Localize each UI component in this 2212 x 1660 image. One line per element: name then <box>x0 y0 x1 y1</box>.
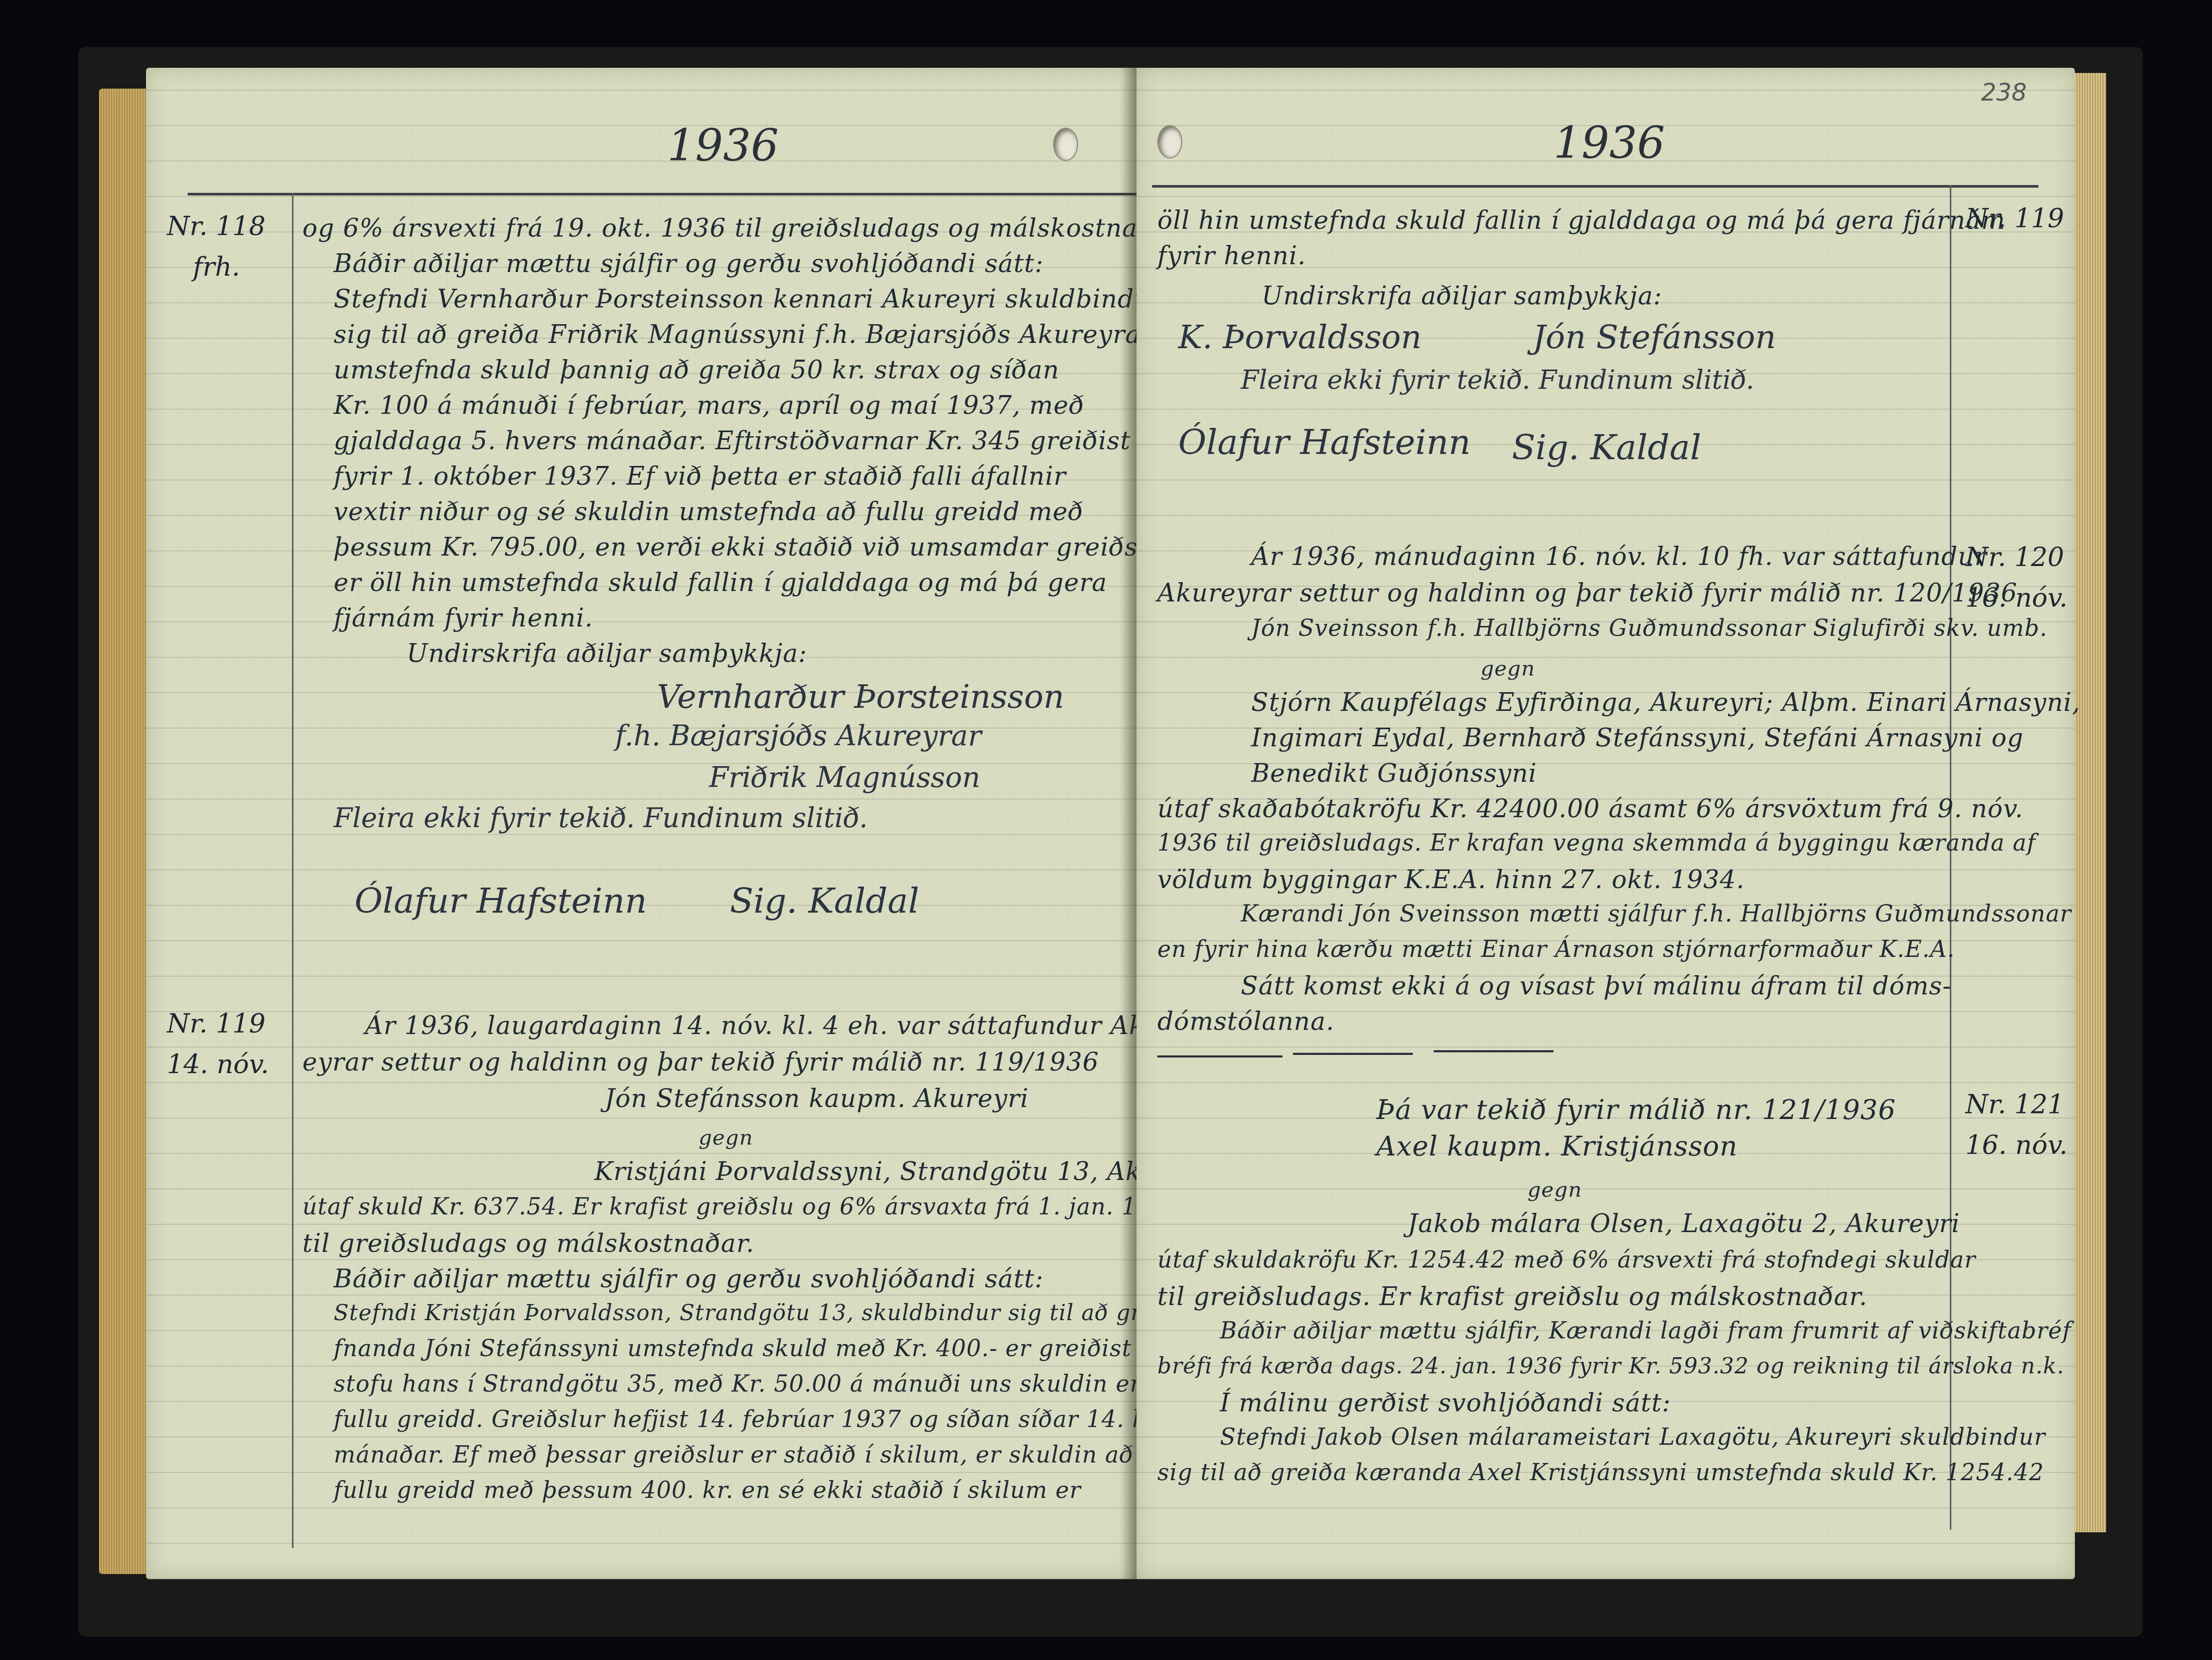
divider-line <box>1157 1055 1282 1058</box>
text-line: stofu hans í Strandgötu 35, með Kr. 50.0… <box>334 1371 1178 1397</box>
text-line: vextir niður og sé skuldin umstefnda að … <box>334 497 1083 526</box>
text-line: umstefnda skuld þannig að greiða 50 kr. … <box>334 355 1059 385</box>
text-line: fyrir 1. október 1937. Ef við þetta er s… <box>334 462 1066 491</box>
text-line: bréfi frá kærða dags. 24. jan. 1936 fyri… <box>1157 1353 2064 1379</box>
entry-number-118: Nr. 118 frh. <box>167 206 265 287</box>
text-line: útaf skaðabótakröfu Kr. 42400.00 ásamt 6… <box>1157 794 2023 823</box>
gegn-label: gegn <box>699 1126 753 1150</box>
text-line: Stefndi Vernharður Þorsteinsson kennari … <box>334 285 1163 314</box>
binder-hole <box>1157 125 1182 158</box>
entry-number: Nr. 119 <box>167 1003 269 1044</box>
plaintiff: Jón Sveinsson f.h. Hallbjörns Guðmundsso… <box>1251 615 2047 642</box>
gegn-label: gegn <box>1481 657 1535 681</box>
text-line: Báðir aðiljar mættu sjálfir og gerðu svo… <box>334 249 1044 278</box>
entry-date: 14. nóv. <box>167 1044 269 1085</box>
text-line: gjalddaga 5. hvers mánaðar. Eftirstöðvar… <box>334 426 1131 456</box>
text-line: Kærandi Jón Sveinsson mætti sjálfur f.h.… <box>1241 901 2071 927</box>
signature: Sig. Kaldal <box>730 881 919 921</box>
text-line: Ár 1936, mánudaginn 16. nóv. kl. 10 fh. … <box>1251 542 1987 571</box>
margin-rule <box>292 193 294 1548</box>
entry-number-121: Nr. 121 16. nóv. <box>1965 1084 2068 1165</box>
text-line: Í málinu gerðist svohljóðandi sátt: <box>1220 1388 1671 1418</box>
entry-number-119: Nr. 119 14. nóv. <box>167 1003 269 1085</box>
binder-hole <box>1053 128 1078 161</box>
text-line: útaf skuldakröfu Kr. 1254.42 með 6% ársv… <box>1157 1247 1976 1273</box>
defendant: Stjórn Kaupfélags Eyfirðinga, Akureyri; … <box>1251 688 2081 717</box>
signature: Vernharður Þorsteinsson <box>657 678 1064 716</box>
right-page-year: 1936 <box>1554 117 1665 168</box>
plaintiff: Axel kaupm. Kristjánsson <box>1376 1131 1738 1162</box>
text-line: dómstólanna. <box>1157 1007 1335 1036</box>
text-line: fullu greidd með þessum 400. kr. en sé e… <box>334 1477 1081 1504</box>
plaintiff: Jón Stefánsson kaupm. Akureyri <box>605 1084 1029 1113</box>
entry-date: 16. nóv. <box>1965 1125 2068 1165</box>
left-page-edges <box>99 89 146 1574</box>
text-line: er öll hin umstefnda skuld fallin í gjal… <box>334 568 1107 597</box>
header-rule <box>1152 185 2038 188</box>
entry-number: Nr. 121 <box>1965 1084 2068 1125</box>
text-line: Undirskrifa aðiljar samþykkja: <box>1262 281 1662 311</box>
text-line: til greiðsludags. Er krafist greiðslu og… <box>1157 1282 1867 1311</box>
text-line: mánaðar. Ef með þessar greiðslur er stað… <box>334 1442 1134 1468</box>
text-line: Stefndi Kristján Þorvaldsson, Strandgötu… <box>334 1300 1240 1325</box>
entry-note: frh. <box>167 247 265 287</box>
right-page: 1936 238 Nr. 119 öll hin umstefnda skuld… <box>1136 68 2075 1579</box>
text-line: Þá var tekið fyrir málið nr. 121/1936 <box>1376 1095 1896 1126</box>
defendant: Benedikt Guðjónssyni <box>1251 759 1537 788</box>
gegn-label: gegn <box>1527 1178 1582 1202</box>
text-line: Báðir aðiljar mættu sjálfir og gerðu svo… <box>334 1264 1044 1294</box>
text-line: Akureyrar settur og haldinn og þar tekið… <box>1157 579 2018 608</box>
text-line: 1936 til greiðsludags. Er krafan vegna s… <box>1157 830 2036 856</box>
signature: Ólafur Hafsteinn <box>355 881 647 921</box>
closing-text: Fleira ekki fyrir tekið. Fundinum slitið… <box>334 803 867 834</box>
entry-number: Nr. 118 <box>167 206 265 247</box>
left-page-year: 1936 <box>667 120 779 171</box>
signature: Jón Stefánsson <box>1533 318 1776 356</box>
text-line: Stefndi Jakob Olsen málarameistari Laxag… <box>1220 1424 2046 1450</box>
defendant: Jakob málara Olsen, Laxagötu 2, Akureyri <box>1408 1209 1960 1238</box>
left-page: 1936 Nr. 118 frh. og 6% ársvexti frá 19.… <box>146 68 1136 1579</box>
text-line: útaf skuld Kr. 637.54. Er krafist greiðs… <box>302 1194 1182 1220</box>
text-line: fjárnám fyrir henni. <box>334 604 593 633</box>
text-line: fnanda Jóni Stefánssyni umstefnda skuld … <box>334 1335 1218 1362</box>
text-line: völdum byggingar K.E.A. hinn 27. okt. 19… <box>1157 865 1745 894</box>
text-line: fyrir henni. <box>1157 241 1306 270</box>
text-line: eyrar settur og haldinn og þar tekið fyr… <box>302 1048 1099 1077</box>
right-page-edges <box>2075 73 2106 1532</box>
divider-line <box>1293 1053 1413 1055</box>
text-line: Ár 1936, laugardaginn 14. nóv. kl. 4 eh.… <box>365 1011 1183 1040</box>
defendant: Ingimari Eydal, Bernharð Stefánssyni, St… <box>1251 723 2024 753</box>
text-line: til greiðsludags og málskostnaðar. <box>302 1229 754 1258</box>
signature: K. Þorvaldsson <box>1178 318 1422 356</box>
text-line: fullu greidd. Greiðslur hefjist 14. febr… <box>334 1406 1199 1433</box>
signature: Friðrik Magnússon <box>709 761 980 794</box>
text-line: sig til að greiða Friðrik Magnússyni f.h… <box>334 320 1153 349</box>
text-line: Báðir aðiljar mættu sjálfir, Kærandi lag… <box>1220 1318 2071 1344</box>
text-line: þessum Kr. 795.00, en verði ekki staðið … <box>334 533 1176 562</box>
header-rule <box>188 193 1136 195</box>
page-number: 238 <box>1981 78 2027 106</box>
text-line: öll hin umstefnda skuld fallin í gjaldda… <box>1157 206 2006 235</box>
text-line: og 6% ársvexti frá 19. okt. 1936 til gre… <box>302 214 1187 243</box>
closing-text: Fleira ekki fyrir tekið. Fundinum slitið… <box>1241 365 1754 395</box>
text-line: Sátt komst ekki á og vísast því málinu á… <box>1241 972 1951 1001</box>
text-line: Kr. 100 á mánuði í febrúar, mars, apríl … <box>334 391 1084 420</box>
signature: Sig. Kaldal <box>1512 427 1701 468</box>
text-line: Undirskrifa aðiljar samþykkja: <box>407 639 807 668</box>
text-line: en fyrir hina kærðu mætti Einar Árnason … <box>1157 936 1955 963</box>
text-line: sig til að greiða kæranda Axel Kristjáns… <box>1157 1459 2044 1486</box>
signature: f.h. Bæjarsjóðs Akureyrar <box>615 719 981 752</box>
signature: Ólafur Hafsteinn <box>1178 422 1471 462</box>
divider-line <box>1434 1050 1554 1052</box>
